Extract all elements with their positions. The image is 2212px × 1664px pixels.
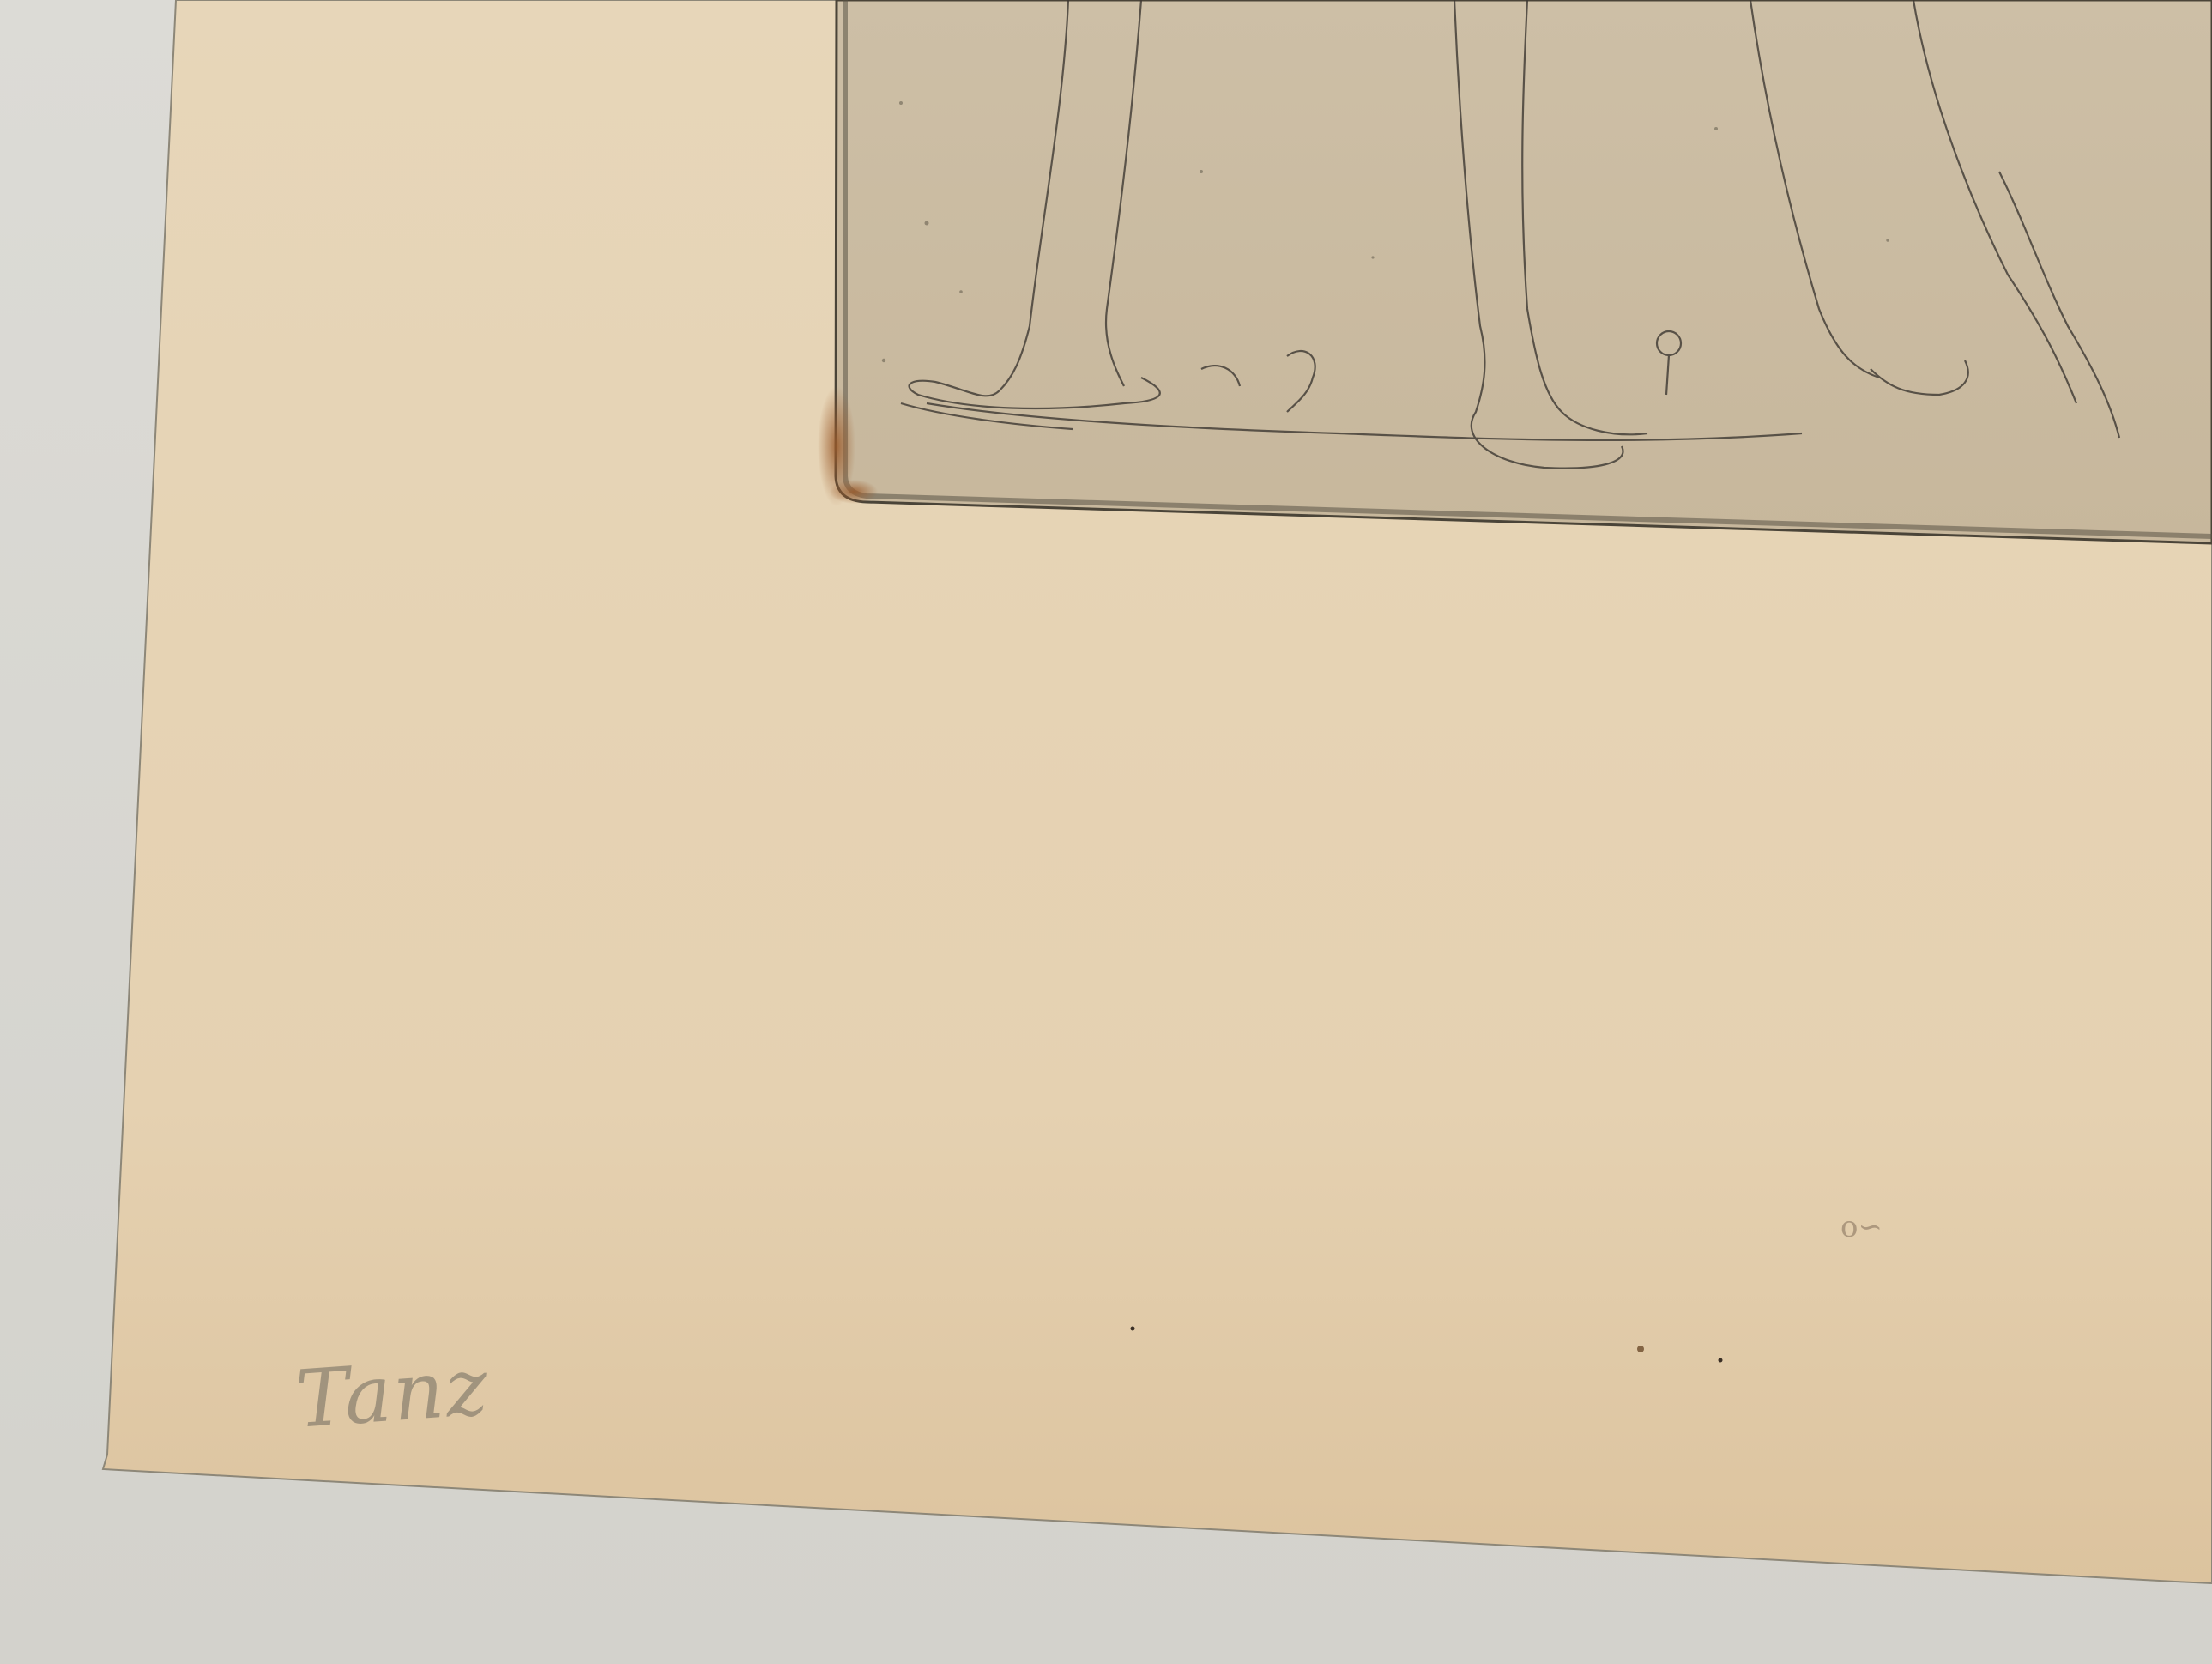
pencil-inscription: Tanz xyxy=(293,1340,493,1445)
hair-fiber-mark: o∽ xyxy=(1840,1210,1883,1244)
photo-scene: Tanz o∽ xyxy=(0,0,2212,1664)
foxing-spot xyxy=(1637,1346,1644,1352)
